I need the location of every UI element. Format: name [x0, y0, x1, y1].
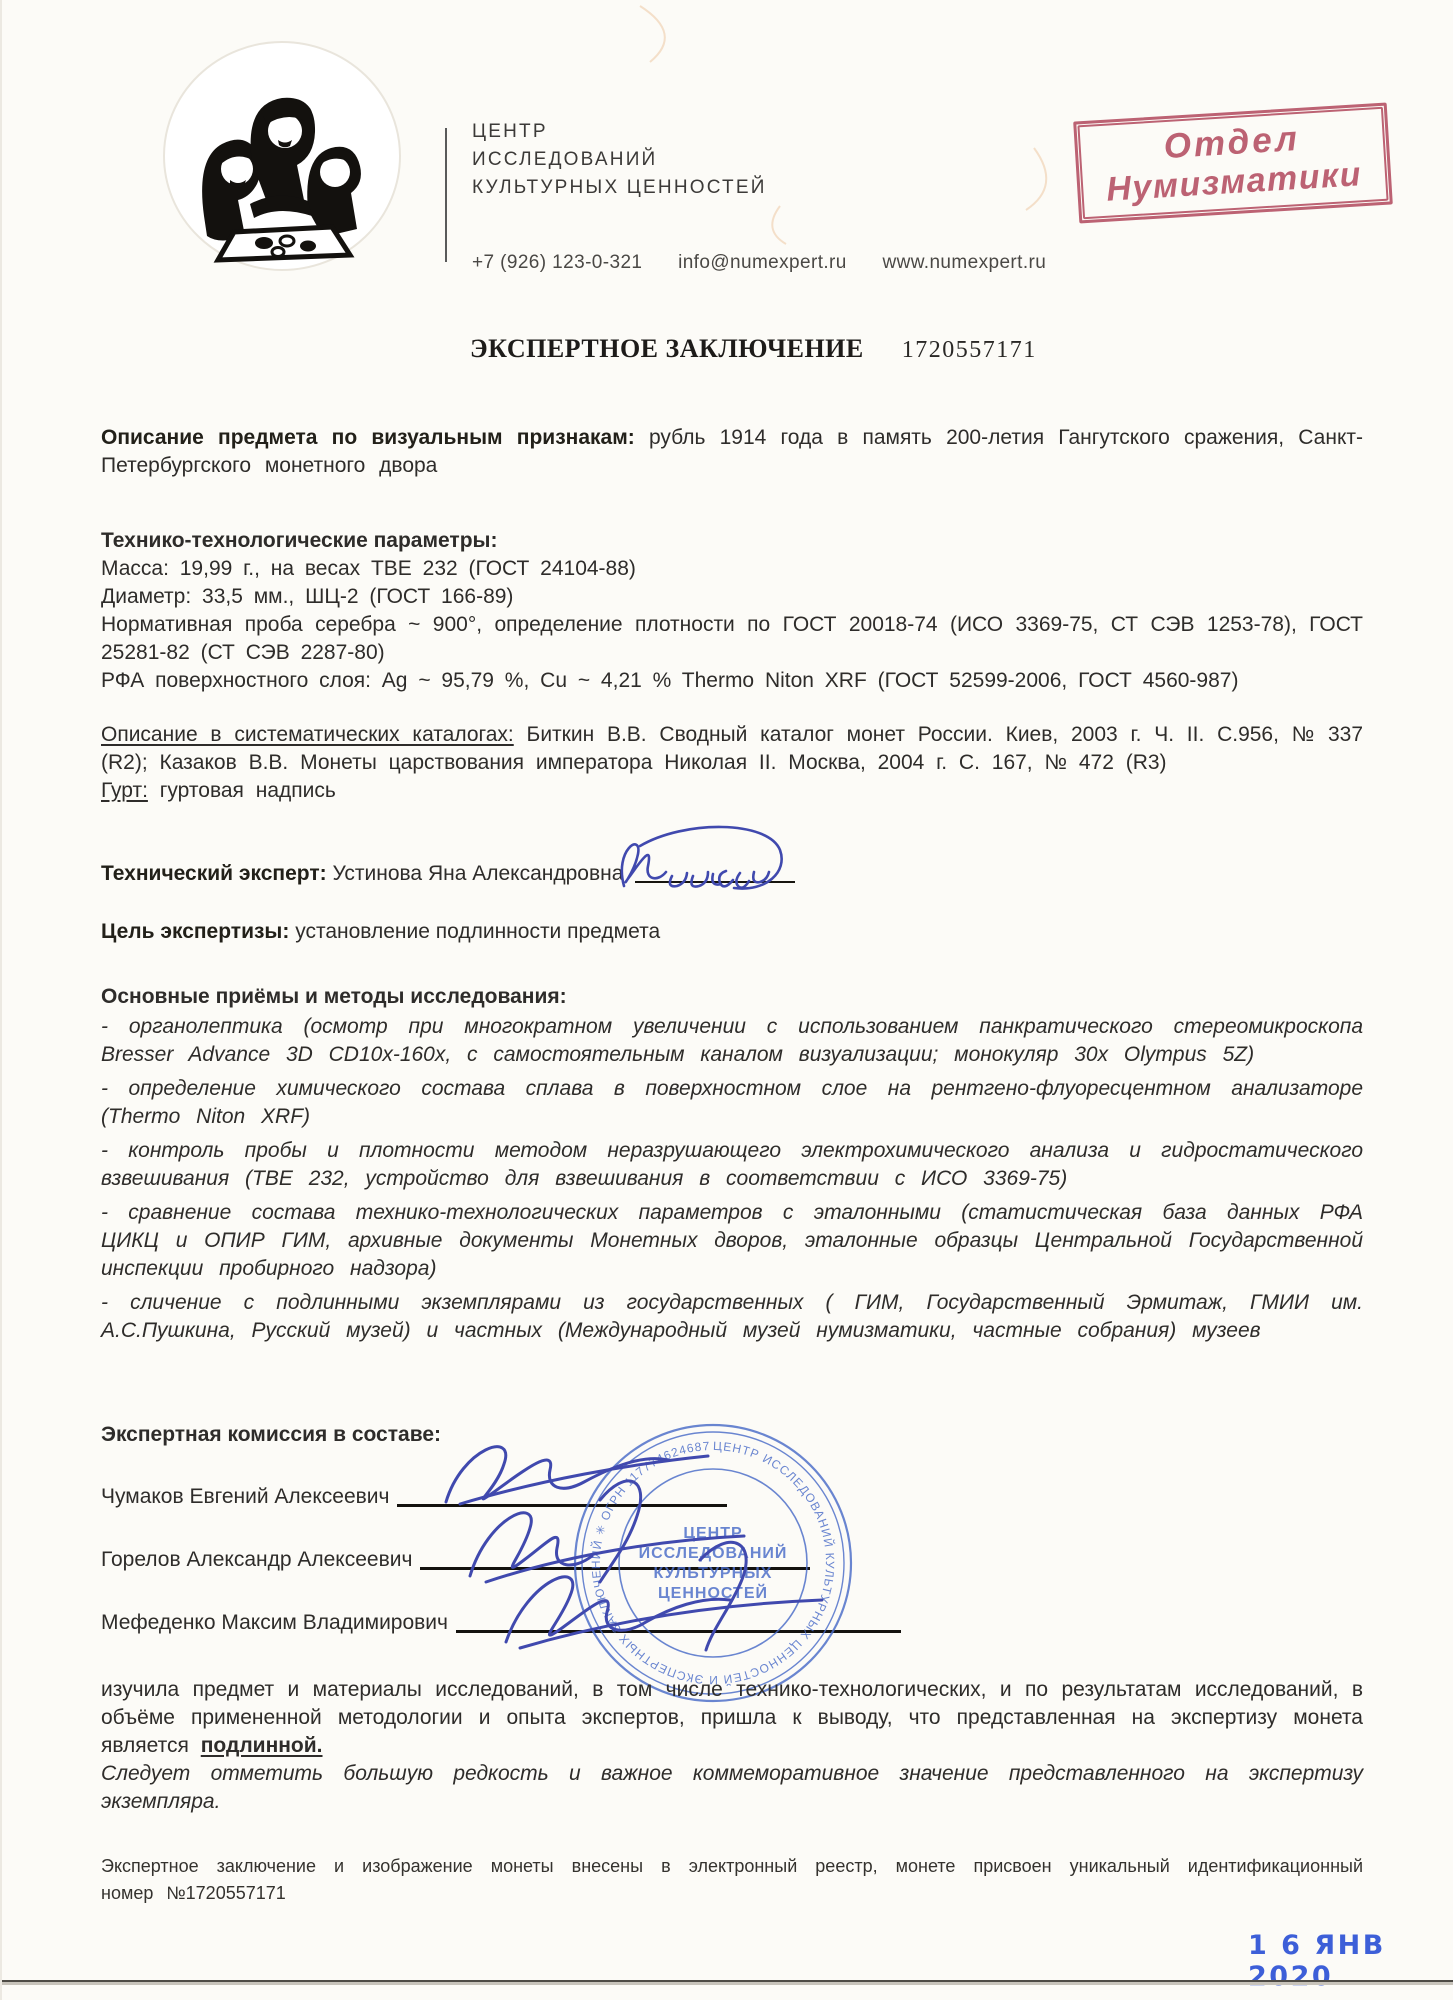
org-name-line: ЦЕНТР — [472, 118, 767, 146]
description-label: Описание предмета по визуальным признака… — [101, 426, 635, 449]
conclusion-verdict: подлинной. — [201, 1734, 323, 1757]
website-url: www.numexpert.ru — [882, 252, 1046, 273]
commission-member-name: Чумаков Евгений Алексеевич — [101, 1485, 389, 1508]
technical-parameters-block: Технико-технологические параметры: Масса… — [101, 527, 1363, 695]
document-number: 1720557171 — [902, 337, 1037, 363]
signature-line — [635, 881, 795, 883]
seal-center-line: КУЛЬТУРНЫХ — [654, 1565, 773, 1582]
methods-heading: Основные приёмы и методы исследования: — [101, 983, 1363, 1011]
technical-expert-label: Технический эксперт: — [101, 862, 327, 885]
method-item: - сличение с подлинными экземплярами из … — [101, 1289, 1363, 1345]
org-name: ЦЕНТР ИССЛЕДОВАНИЙ КУЛЬТУРНЫХ ЦЕННОСТЕЙ — [472, 118, 767, 202]
parameter-line-diameter: Диаметр: 33,5 мм., ШЦ-2 (ГОСТ 166-89) — [101, 583, 1363, 611]
conclusion-block: изучила предмет и материалы исследований… — [101, 1676, 1363, 1816]
commission-member-name: Мефеденко Максим Владимирович — [101, 1611, 448, 1634]
method-item: - определение химического состава сплава… — [101, 1075, 1363, 1131]
seal-center-line: ЦЕННОСТЕЙ — [658, 1583, 768, 1602]
catalog-references-label: Описание в систематических каталогах: — [101, 723, 514, 746]
method-item: - органолептика (осмотр при многократном… — [101, 1013, 1363, 1069]
stamp-line-2: Нумизматики — [1105, 154, 1363, 210]
seal-center-line: ЦЕНТР — [683, 1525, 742, 1542]
rarity-note: Следует отметить большую редкость и важн… — [101, 1760, 1363, 1816]
org-name-line: ИССЛЕДОВАНИЙ — [472, 146, 767, 174]
parameter-line-mass: Масса: 19,99 г., на весах ТВЕ 232 (ГОСТ … — [101, 555, 1363, 583]
item-description-paragraph: Описание предмета по визуальным признака… — [101, 424, 1363, 480]
stamp-inner-border: Отдел Нумизматики — [1077, 107, 1388, 220]
technical-expert-line: Технический эксперт: Устинова Яна Алекса… — [101, 860, 1363, 888]
technical-expert-name: Устинова Яна Александровна — [332, 862, 623, 885]
seal-center-line: ИССЛЕДОВАНИЙ — [639, 1543, 788, 1562]
edge-label: Гурт: — [101, 779, 148, 802]
catalog-references-block: Описание в систематических каталогах: Би… — [101, 721, 1363, 805]
purpose-text: установление подлинности предмета — [295, 920, 660, 943]
numismatics-department-stamp: Отдел Нумизматики — [1073, 103, 1393, 224]
purpose-label: Цель экспертизы: — [101, 920, 289, 943]
parameter-line-xrf: РФА поверхностного слоя: Ag ~ 95,79 %, C… — [101, 667, 1363, 695]
technical-parameters-heading: Технико-технологические параметры: — [101, 527, 1363, 555]
document-title: ЭКСПЕРТНОЕ ЗАКЛЮЧЕНИЕ — [470, 334, 864, 363]
appraisers-logo-illustration — [160, 40, 404, 272]
research-methods-block: Основные приёмы и методы исследования: -… — [101, 983, 1363, 1351]
email-address: info@numexpert.ru — [678, 252, 847, 273]
header-divider — [445, 128, 447, 262]
phone-number: +7 (926) 123-0-321 — [472, 252, 642, 273]
expertise-purpose-line: Цель экспертизы: установление подлинност… — [101, 918, 1363, 946]
expert-conclusion-document: ЦЕНТР ИССЛЕДОВАНИЙ КУЛЬТУРНЫХ ЦЕННОСТЕЙ … — [0, 0, 1453, 2000]
org-name-line: КУЛЬТУРНЫХ ЦЕННОСТЕЙ — [472, 174, 767, 202]
edge-line: Гурт: гуртовая надпись — [101, 777, 1363, 805]
scan-left-edge — [0, 0, 2, 2000]
document-title-row: ЭКСПЕРТНОЕ ЗАКЛЮЧЕНИЕ1720557171 — [470, 334, 1037, 364]
method-item: - сравнение состава технико-технологичес… — [101, 1199, 1363, 1283]
scan-bottom-edge — [0, 1980, 1453, 1982]
registry-note: Экспертное заключение и изображение моне… — [101, 1853, 1363, 1907]
conclusion-paragraph: изучила предмет и материалы исследований… — [101, 1676, 1363, 1760]
edge-text: гуртовая надпись — [160, 779, 336, 802]
parameter-line-assay: Нормативная проба серебра ~ 900°, опреде… — [101, 611, 1363, 667]
commission-member-name: Горелов Александр Алексеевич — [101, 1548, 412, 1571]
organization-round-seal: ЦЕНТР ИССЛЕДОВАНИЙ КУЛЬТУРНЫХ ЦЕННОСТЕЙ … — [570, 1420, 856, 1706]
scan-bottom-shadow — [0, 1982, 1453, 1985]
catalog-references-paragraph: Описание в систематических каталогах: Би… — [101, 721, 1363, 777]
contact-info: +7 (926) 123-0-321 info@numexpert.ru www… — [472, 252, 1076, 274]
method-item: - контроль пробы и плотности методом нер… — [101, 1137, 1363, 1193]
